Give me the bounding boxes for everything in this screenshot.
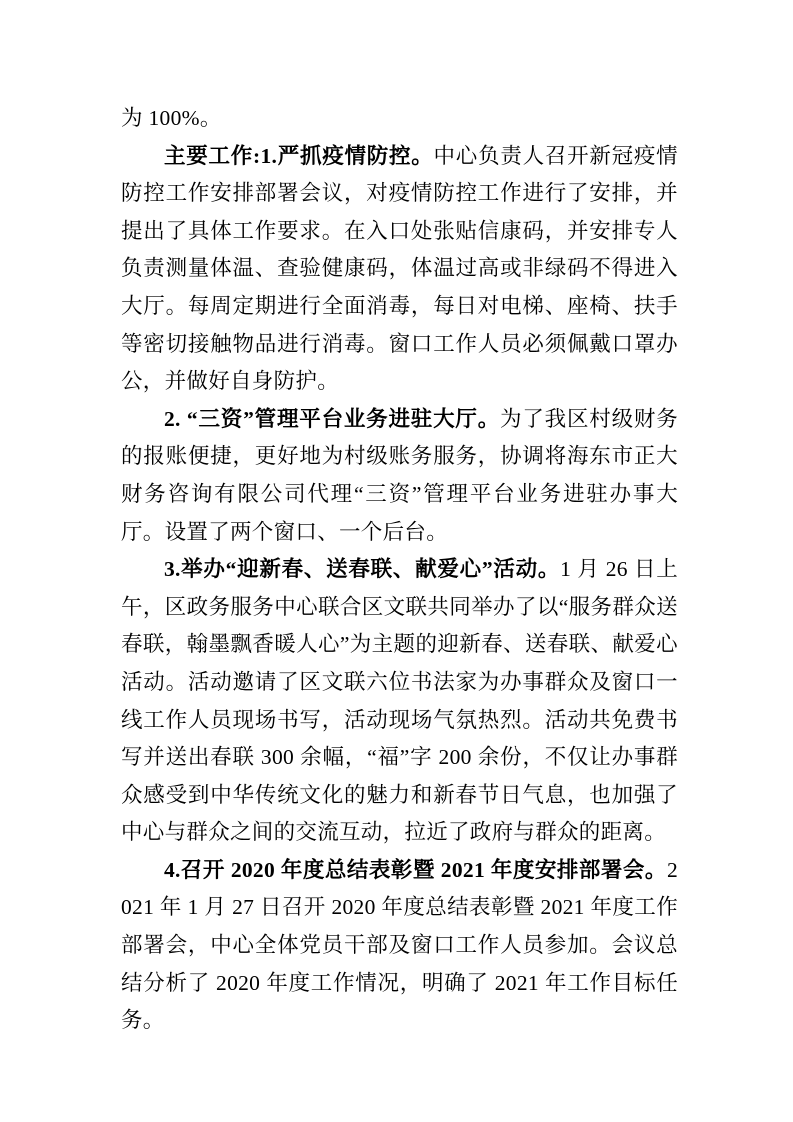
paragraph-heading: 2. “三资”管理平台业务进驻大厅。 <box>164 407 500 431</box>
paragraph-sanzi-platform: 2. “三资”管理平台业务进驻大厅。为了我区村级财务的报账便捷，更好地为村级账务… <box>121 401 678 551</box>
paragraph-heading: 主要工作:1.严抓疫情防控。 <box>164 144 434 168</box>
document-body: 为 100%。 主要工作:1.严抓疫情防控。中心负责人召开新冠疫情防控工作安排部… <box>121 100 678 1040</box>
paragraph-text: 2021 年 1 月 27 日召开 2020 年度总结表彰暨 2021 年度工作… <box>121 858 678 1032</box>
paragraph-annual-summary-meeting: 4.召开 2020 年度总结表彰暨 2021 年度安排部署会。2021 年 1 … <box>121 852 678 1040</box>
document-page: 为 100%。 主要工作:1.严抓疫情防控。中心负责人召开新冠疫情防控工作安排部… <box>0 0 793 1122</box>
paragraph-spring-festival-activity: 3.举办“迎新春、送春联、献爱心”活动。1 月 26 日上午，区政务服务中心联合… <box>121 551 678 852</box>
paragraph-text: 中心负责人召开新冠疫情防控工作安排部署会议，对疫情防控工作进行了安排，并提出了具… <box>121 144 678 394</box>
paragraph-heading: 3.举办“迎新春、送春联、献爱心”活动。 <box>164 557 560 581</box>
paragraph-text: 为 100%。 <box>121 106 222 130</box>
paragraph-text: 1 月 26 日上午，区政务服务中心联合区文联共同举办了以“服务群众送春联，翰墨… <box>121 557 678 844</box>
paragraph-continuation: 为 100%。 <box>121 100 678 138</box>
paragraph-heading: 4.召开 2020 年度总结表彰暨 2021 年度安排部署会。 <box>164 858 667 882</box>
paragraph-main-work-epidemic-prevention: 主要工作:1.严抓疫情防控。中心负责人召开新冠疫情防控工作安排部署会议，对疫情防… <box>121 138 678 401</box>
